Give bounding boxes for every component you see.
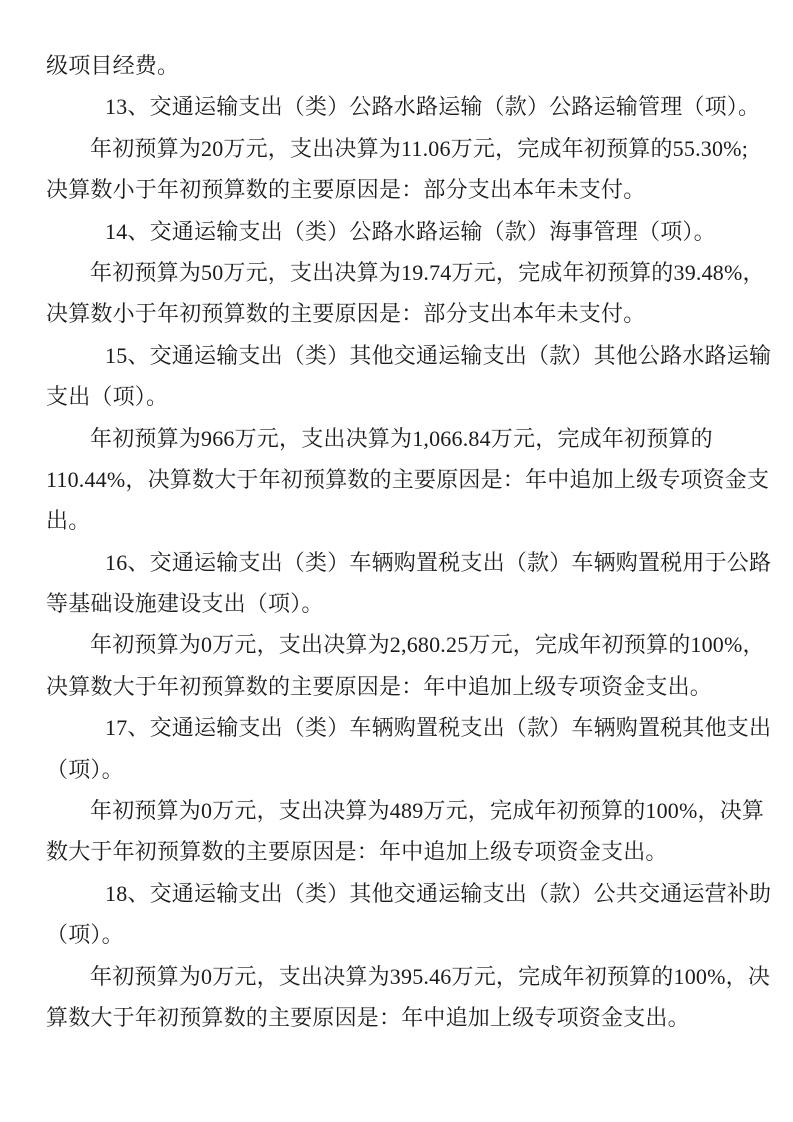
text-line: 年初预算为966万元，支出决算为1,066.84万元，完成年初预算的 <box>46 418 787 459</box>
text-line: （项）。 <box>46 749 787 790</box>
text-line: 支出（项）。 <box>46 376 787 417</box>
text-line: 年初预算为20万元，支出决算为11.06万元，完成年初预算的55.30%; <box>46 128 787 169</box>
text-line: 算数大于年初预算数的主要原因是：年中追加上级专项资金支出。 <box>46 997 787 1038</box>
text-line: 年初预算为0万元，支出决算为395.46万元，完成年初预算的100%，决 <box>46 956 787 997</box>
text-line: 年初预算为50万元，支出决算为19.74万元，完成年初预算的39.48%， <box>46 252 787 293</box>
document-page: 级项目经费。 13、交通运输支出（类）公路水路运输（款）公路运输管理（项）。 年… <box>0 0 793 1122</box>
text-line: 等基础设施建设支出（项）。 <box>46 583 787 624</box>
text-line: 数大于年初预算数的主要原因是：年中追加上级专项资金支出。 <box>46 831 787 872</box>
text-line: 决算数小于年初预算数的主要原因是：部分支出本年未支付。 <box>46 169 787 210</box>
text-line: 110.44%，决算数大于年初预算数的主要原因是：年中追加上级专项资金支 <box>46 459 787 500</box>
text-line: 年初预算为0万元，支出决算为489万元，完成年初预算的100%，决算 <box>46 790 787 831</box>
text-line: 决算数小于年初预算数的主要原因是：部分支出本年未支付。 <box>46 293 787 334</box>
text-line-item-13: 13、交通运输支出（类）公路水路运输（款）公路运输管理（项）。 <box>46 86 787 127</box>
text-line: 决算数大于年初预算数的主要原因是：年中追加上级专项资金支出。 <box>46 666 787 707</box>
text-line-item-16: 16、交通运输支出（类）车辆购置税支出（款）车辆购置税用于公路 <box>46 542 787 583</box>
text-line: 级项目经费。 <box>46 45 787 86</box>
text-line: 出。 <box>46 500 787 541</box>
text-line-item-14: 14、交通运输支出（类）公路水路运输（款）海事管理（项）。 <box>46 211 787 252</box>
text-line-item-17: 17、交通运输支出（类）车辆购置税支出（款）车辆购置税其他支出 <box>46 707 787 748</box>
text-line: （项）。 <box>46 914 787 955</box>
text-line: 年初预算为0万元，支出决算为2,680.25万元，完成年初预算的100%， <box>46 624 787 665</box>
text-line-item-15: 15、交通运输支出（类）其他交通运输支出（款）其他公路水路运输 <box>46 335 787 376</box>
text-line-item-18: 18、交通运输支出（类）其他交通运输支出（款）公共交通运营补助 <box>46 873 787 914</box>
